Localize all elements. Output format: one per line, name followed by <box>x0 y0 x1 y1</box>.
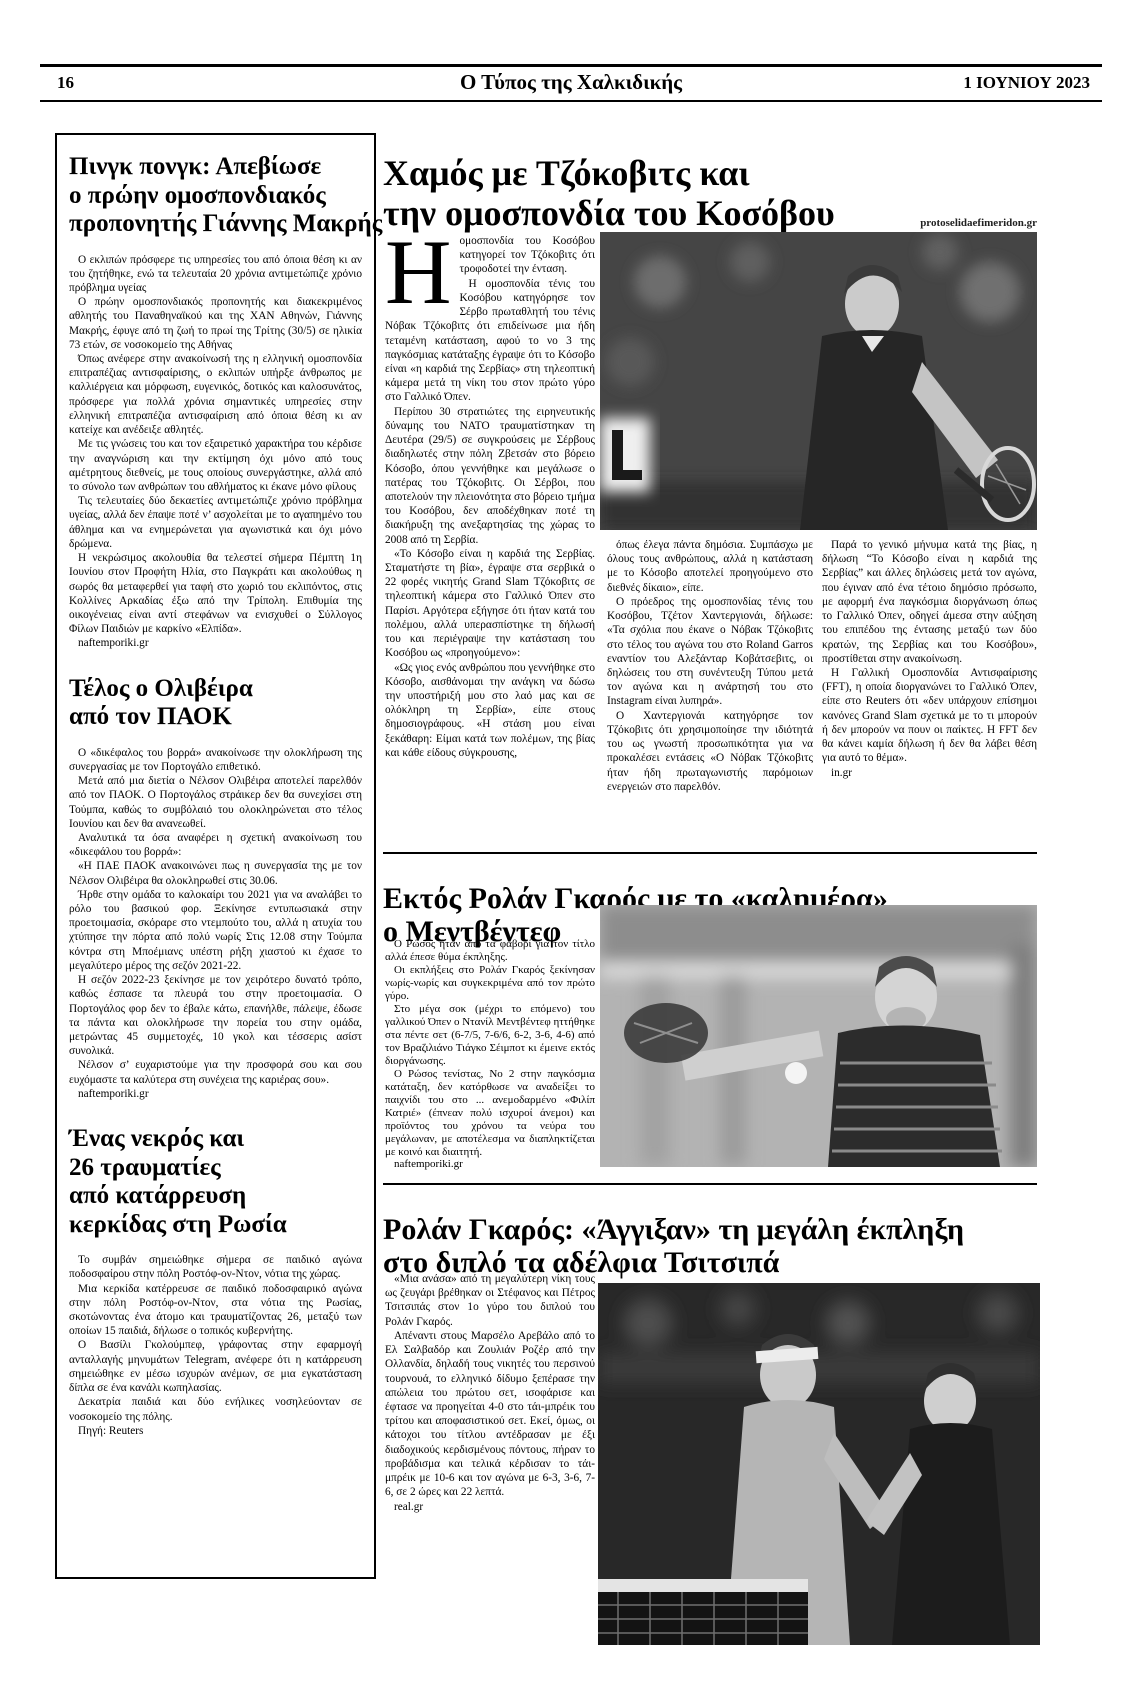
paragraph: Ο εκλιπών πρόσφερε τις υπηρεσίες του από… <box>69 253 362 296</box>
headline-line: Πινγκ πονγκ: Απεβίωσε <box>69 153 362 182</box>
headline-line: από τον ΠΑΟΚ <box>69 703 362 732</box>
medvedev-photo-graphic <box>600 905 1037 1167</box>
paragraph: Η νεκρώσιμος ακολουθία θα τελεστεί σήμερ… <box>69 551 362 636</box>
paragraph: Δεκατρία παιδιά και δύο ενήλικες νοσηλεύ… <box>69 1395 362 1423</box>
paragraph: Ο «δικέφαλος του βορρά» ανακοίνωσε την ο… <box>69 746 362 774</box>
paragraph: Ο Ρώσος τενίστας, Νο 2 στην παγκόσμια κα… <box>385 1068 595 1159</box>
tsitsipas-headline: Ρολάν Γκαρός: «Άγγιξαν» τη μεγάλη έκπληξ… <box>383 1213 964 1280</box>
paragraph: Η Γαλλική Ομοσπονδία Αντισφαίρισης (FFT)… <box>822 666 1037 766</box>
header-rule <box>40 100 1102 102</box>
main-article-column-3: Παρά το γενικό μήνυμα κατά της βίας, η δ… <box>822 538 1037 824</box>
headline-line: Ρολάν Γκαρός: «Άγγιξαν» τη μεγάλη έκπληξ… <box>383 1213 964 1247</box>
headline-line: ο πρώην ομοσπονδιακός <box>69 182 362 211</box>
paragraph: Περίπου 30 στρατιώτες της ειρηνευτικής δ… <box>385 405 595 547</box>
paragraph: Μετά από μια διετία ο Νέλσον Ολιβέιρα απ… <box>69 774 362 831</box>
paragraph: Όπως ανέφερε στην ανακοίνωσή της η ελλην… <box>69 352 362 437</box>
paragraph: Νέλσον σ’ ευχαριστούμε για την προσφορά … <box>69 1058 362 1086</box>
paragraph: Η σεζόν 2022-23 ξεκίνησε με τον χειρότερ… <box>69 973 362 1058</box>
paragraph: «Ως γιος ενός ανθρώπου που γεννήθηκε στο… <box>385 661 595 761</box>
left-column-box: Πινγκ πονγκ: Απεβίωσε ο πρώην ομοσπονδια… <box>55 133 376 1579</box>
headline-line: κερκίδας στη Ρωσία <box>69 1211 362 1240</box>
headline-line: από κατάρρευση <box>69 1182 362 1211</box>
section-divider <box>383 1183 1037 1185</box>
paragraph: Μια κερκίδα κατέρρευσε σε παιδικό ποδοσφ… <box>69 1282 362 1339</box>
tsitsipas-brothers-photo <box>598 1283 1040 1645</box>
paragraph: «Το Κόσοβο είναι η καρδιά της Σερβίας. Σ… <box>385 547 595 661</box>
paragraph: «Μια ανάσα» από τη μεγαλύτερη νίκη τους … <box>385 1272 595 1329</box>
article-makris-obituary: Πινγκ πονγκ: Απεβίωσε ο πρώην ομοσπονδια… <box>69 153 362 651</box>
djokovic-photo-graphic <box>600 232 1037 530</box>
photo-credit: protoselidaefimeridon.gr <box>600 217 1037 229</box>
section-divider <box>383 852 1037 854</box>
source-credit: naftemporiki.gr <box>69 1087 362 1101</box>
source-credit: naftemporiki.gr <box>69 636 362 650</box>
medvedev-photo <box>600 905 1037 1167</box>
medvedev-article-column: Ο Ρώσος ήταν από τα φαβορί για τον τίτλο… <box>385 938 595 1178</box>
headline-line: Ένας νεκρός και <box>69 1125 362 1154</box>
paragraph: Ο Βασίλι Γκολούμπεφ, γράφοντας στην εφαρ… <box>69 1338 362 1395</box>
source-credit: naftemporiki.gr <box>385 1158 595 1171</box>
newspaper-page: 16 Ο Τύπος της Χαλκιδικής 1 ΙΟΥΝΙΟΥ 2023… <box>0 0 1142 1693</box>
article-headline: Ένας νεκρός και 26 τραυματίες από κατάρρ… <box>69 1125 362 1239</box>
article-oliveira-paok: Τέλος ο Ολιβέιρα από τον ΠΑΟΚ Ο «δικέφαλ… <box>69 675 362 1101</box>
tsitsipas-article-column: «Μια ανάσα» από τη μεγαλύτερη νίκη τους … <box>385 1272 595 1587</box>
paragraph: Ήρθε στην ομάδα το καλοκαίρι του 2021 γι… <box>69 888 362 973</box>
source-credit: in.gr <box>822 766 1037 780</box>
headline-line: Χαμός με Τζόκοβιτς και <box>383 154 835 194</box>
source-credit: real.gr <box>385 1500 595 1514</box>
headline-line: 26 τραυματίες <box>69 1154 362 1183</box>
paragraph: Το συμβάν σημειώθηκε σήμερα σε παιδικό α… <box>69 1253 362 1281</box>
paragraph: Τις τελευταίες δύο δεκαετίες αντιμετώπιζ… <box>69 494 362 551</box>
lead-text: ομοσπονδία του Κοσόβου κατηγορεί τον Τζό… <box>459 235 595 275</box>
tsitsipas-photo-graphic <box>598 1283 1040 1645</box>
paragraph: Ο πρόεδρος της ομοσπονδίας τένις του Κοσ… <box>607 595 813 709</box>
drop-cap: Η <box>385 234 459 308</box>
main-article-column-1: Ηομοσπονδία του Κοσόβου κατηγορεί τον Τζ… <box>385 234 595 814</box>
headline-line: προπονητής Γιάννης Μακρής <box>69 210 362 239</box>
lead-paragraph: Ηομοσπονδία του Κοσόβου κατηγορεί τον Τζ… <box>385 234 595 277</box>
source-credit: Πηγή: Reuters <box>69 1424 362 1438</box>
paragraph: Απέναντι στους Μαρσέλο Αρεβάλο από το Ελ… <box>385 1329 595 1500</box>
paragraph: Αναλυτικά τα όσα αναφέρει η σχετική ανακ… <box>69 831 362 859</box>
paragraph: «Η ΠΑΕ ΠΑΟΚ ανακοινώνει πως η συνεργασία… <box>69 859 362 887</box>
headline-line: Τέλος ο Ολιβέιρα <box>69 675 362 704</box>
paragraph: Οι εκπλήξεις στο Ρολάν Γκαρός ξεκίνησαν … <box>385 964 595 1003</box>
paragraph: Με τις γνώσεις του και τον εξαιρετικό χα… <box>69 437 362 494</box>
paragraph: Ο Χαντεργιονάι κατηγόρησε τον Τζόκοβιτς … <box>607 709 813 794</box>
paragraph: όπως έλεγα πάντα δημόσια. Συμπάσχω με όλ… <box>607 538 813 595</box>
paragraph: Ο πρώην ομοσπονδιακός προπονητής και δια… <box>69 295 362 352</box>
issue-date: 1 ΙΟΥΝΙΟΥ 2023 <box>963 73 1090 93</box>
main-article-column-2: όπως έλεγα πάντα δημόσια. Συμπάσχω με όλ… <box>607 538 813 824</box>
paragraph: Παρά το γενικό μήνυμα κατά της βίας, η δ… <box>822 538 1037 666</box>
djokovic-photo <box>600 232 1037 530</box>
article-headline: Πινγκ πονγκ: Απεβίωσε ο πρώην ομοσπονδια… <box>69 153 362 239</box>
article-russia-stand-collapse: Ένας νεκρός και 26 τραυματίες από κατάρρ… <box>69 1125 362 1438</box>
paragraph: Στο μέγα σοκ (μέχρι το επόμενο) του γαλλ… <box>385 1003 595 1068</box>
top-rule <box>40 64 1102 67</box>
paragraph: Ο Ρώσος ήταν από τα φαβορί για τον τίτλο… <box>385 938 595 964</box>
article-headline: Τέλος ο Ολιβέιρα από τον ΠΑΟΚ <box>69 675 362 732</box>
